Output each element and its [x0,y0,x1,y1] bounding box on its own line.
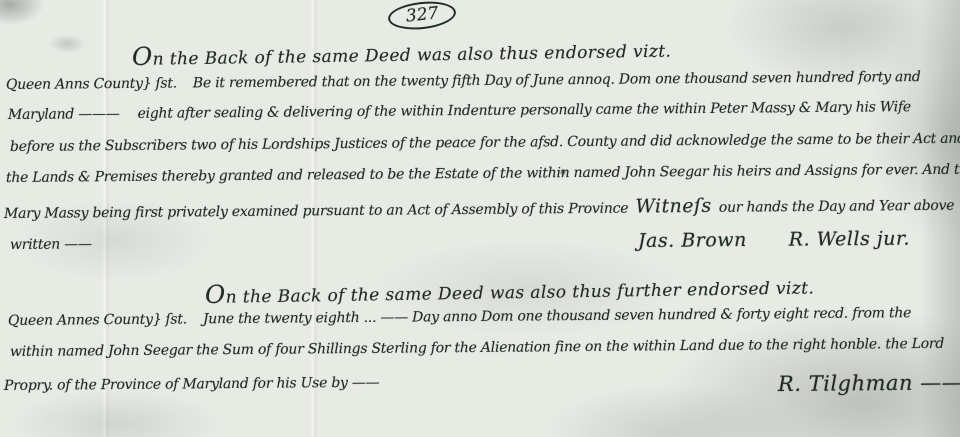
margin-maryland-note: Maryland ——— [8,106,120,123]
signature-jas-brown: Jas. Brown [638,229,747,252]
body-text: eight after sealing & delivering of the … [137,99,911,122]
body-text: our hands the Day and Year above [719,198,955,216]
manuscript-line: before us the Subscribers two of his Lor… [10,130,960,155]
manuscript-line: within named John Seegar the Sum of four… [10,336,944,360]
body-text: Mary Massy being first privately examine… [4,201,628,222]
signature-r-tilghman: R. Tilghman ——— [778,370,960,396]
manuscript-page: 327 On the Back of the same Deed was als… [0,0,960,437]
signature-row: R. Tilghman ——— [778,370,960,396]
manuscript-line: written —— [10,236,92,253]
manuscript-line: Maryland ———eight after sealing & delive… [8,99,911,123]
ss-abbreviation: ſst. [165,311,187,327]
margin-county-note: Queen Annes County} [8,312,162,329]
manuscript-line: Mary Massy being first privately examine… [4,193,954,223]
signature-r-wells: R. Wells jur. [789,228,910,251]
section2-heading: On the Back of the same Deed was also th… [205,270,815,309]
ss-abbreviation: ſst. [155,76,177,92]
manuscript-line: the Lands & Premises thereby granted and… [6,161,960,186]
margin-county-note: Queen Anns County} [6,76,152,93]
witness-word: Witneſs [632,195,714,218]
manuscript-line: Queen Annes County}ſst.June the twenty e… [8,305,911,329]
page-number: 327 [387,0,458,33]
manuscript-line: Propry. of the Province of Maryland for … [4,375,380,394]
body-text: June the twenty eighth ... —— Day anno D… [203,305,911,327]
signature-row: Jas. BrownR. Wells jur. [638,228,910,252]
section1-heading: On the Back of the same Deed was also th… [132,34,672,71]
body-text: Be it remembered that on the twenty fift… [193,69,921,91]
manuscript-line: Queen Anns County}ſst.Be it remembered t… [6,69,921,93]
